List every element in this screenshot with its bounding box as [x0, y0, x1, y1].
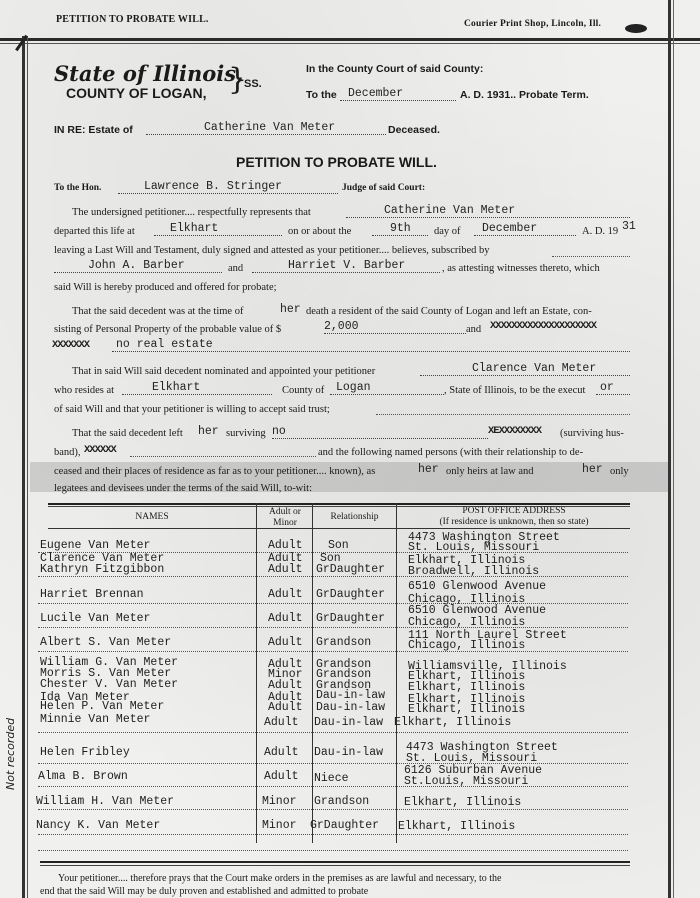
witness1-field: John A. Barber — [54, 259, 222, 273]
heirs-line-b: and the following named persons (with th… — [318, 447, 583, 458]
heir-name: Harriet Brennan — [40, 589, 144, 601]
struck-text: XXXXXXXXXXXXXXXXXXXX — [490, 320, 596, 332]
row-rule — [38, 834, 628, 835]
heir-name: Eugene Van Meter — [40, 540, 150, 552]
row-rule — [38, 576, 628, 577]
col-header-address: POST OFFICE ADDRESS — [398, 506, 630, 517]
top-rule-thin — [0, 43, 700, 44]
heir-name: Alma B. Brown — [38, 771, 128, 783]
heir-relationship: GrDaughter — [316, 564, 385, 576]
heir-relationship: Dau-in-law — [314, 717, 383, 729]
heir-name: Helen Fribley — [40, 747, 130, 759]
heirs-line-c: ceased and their places of residence as … — [54, 466, 375, 477]
probate-line: said Will is hereby produced and offered… — [54, 282, 277, 293]
heir-name: Helen P. Van Meter — [40, 701, 164, 713]
to-the-label: To the — [306, 89, 337, 101]
col-header-relationship: Relationship — [313, 512, 396, 523]
struck-text-3: XEXXXXXXXX — [488, 425, 541, 437]
surviving-line-a: That the said decedent left — [72, 428, 183, 439]
scanned-document-page: PETITION TO PROBATE WILL. Courier Print … — [0, 0, 700, 898]
row-rule — [38, 651, 628, 652]
term-year-label: A. D. 1931.. Probate Term. — [460, 89, 589, 101]
court-line: In the County Court of said County: — [306, 63, 483, 75]
death-place-field: Elkhart — [154, 222, 282, 236]
heir-status: Adult — [264, 747, 299, 759]
heir-status: Adult — [264, 771, 299, 783]
county-of-label: County of — [282, 385, 324, 396]
heir-name: Chester V. Van Meter — [40, 679, 178, 691]
heir-name: Minnie Van Meter — [40, 714, 150, 726]
heir-address-1: Elkhart, Illinois — [398, 821, 515, 833]
printer-credit: Courier Print Shop, Lincoln, Ill. — [464, 19, 601, 29]
top-rule — [0, 38, 700, 41]
heir-status: Adult — [268, 564, 303, 576]
heir-relationship: Dau-in-law — [316, 702, 385, 714]
state-line: , State of Illinois, to be the execut — [444, 385, 585, 396]
col-header-names: NAMES — [48, 512, 256, 523]
heir-relationship: Son — [328, 540, 349, 552]
on-about-label: on or about the — [288, 226, 351, 237]
decedent-name-field: Catherine Van Meter — [146, 121, 386, 135]
surviving-label: surviving — [226, 428, 266, 439]
resides-label: who resides at — [54, 385, 114, 396]
heir-address-1: Elkhart, Illinois — [394, 717, 511, 729]
heir-relationship: GrDaughter — [316, 613, 385, 625]
heirs-line-f: legatees and devisees under the terms of… — [54, 483, 312, 494]
heir-address-1: Elkhart, Illinois — [404, 797, 521, 809]
ss-label: SS. — [244, 78, 262, 90]
county-label: COUNTY OF LOGAN, — [66, 85, 207, 101]
heir-address-1: Elkhart, Illinois — [408, 704, 525, 716]
row-rule — [38, 732, 628, 733]
petitioner-intro: The undersigned petitioner.... respectfu… — [72, 207, 311, 218]
row-rule — [38, 786, 628, 787]
pronoun-field: her — [280, 303, 301, 316]
heir-name: Nancy K. Van Meter — [36, 820, 160, 832]
heir-name: Lucile Van Meter — [40, 613, 150, 625]
executor-city-field: Elkhart — [122, 381, 272, 395]
heir-relationship: Niece — [314, 773, 349, 785]
table-header-rule — [48, 528, 630, 529]
heir-relationship: GrDaughter — [316, 589, 385, 601]
judge-name-field: Lawrence B. Stringer — [118, 180, 338, 194]
heir-status: Adult — [268, 637, 303, 649]
heirs-line-e: only — [610, 466, 629, 477]
term-month-field: December — [340, 87, 456, 101]
printer-logo-icon — [625, 24, 647, 33]
witness2-field: Harriet V. Barber — [252, 259, 440, 273]
death-year-field: 31 — [622, 220, 636, 233]
surviving-pronoun: her — [198, 425, 219, 438]
band-label: band), — [54, 447, 81, 458]
table-col-divider — [396, 503, 397, 843]
personal-value-field: 2,000 — [324, 320, 466, 334]
struck-text-2: XXXXXXX — [52, 339, 89, 351]
heir-address-1: 6510 Glenwood Avenue — [408, 581, 546, 593]
heir-name: William H. Van Meter — [36, 796, 174, 808]
surviving-husband-label: (surviving hus- — [560, 428, 624, 439]
row-rule — [38, 627, 628, 628]
prayer-line-1: Your petitioner.... therefore prays that… — [58, 873, 501, 884]
col-header-address-note: (If residence is unknown, then so state) — [398, 517, 630, 528]
day-of-label: day of — [434, 226, 461, 237]
blank-line — [376, 414, 630, 415]
heir-status: Adult — [268, 702, 303, 714]
surviving-value-field: no — [272, 425, 488, 439]
real-estate-field: no real estate — [112, 338, 630, 352]
ad-year-label: A. D. 19 — [582, 226, 618, 237]
blank-line — [130, 456, 316, 457]
and-label: and — [228, 263, 243, 274]
table-col-divider — [312, 503, 313, 843]
nomination-line: That in said Will said decedent nominate… — [72, 366, 375, 377]
heir-status: Adult — [264, 717, 299, 729]
col-header-adult-minor: Adult or Minor — [258, 507, 312, 529]
heir-status: Minor — [262, 796, 297, 808]
residence-line-a: That the said decedent was at the time o… — [72, 306, 243, 317]
right-frame-rule-thin — [673, 0, 674, 898]
table-top-rule — [48, 503, 630, 505]
residence-line-c: sisting of Personal Property of the prob… — [54, 324, 281, 335]
deceased-label: Deceased. — [388, 124, 440, 136]
table-bottom-rule — [40, 861, 630, 863]
execut-suffix-field: or — [596, 381, 630, 395]
heir-name: Kathryn Fitzgibbon — [40, 564, 164, 576]
blank-line — [552, 256, 630, 257]
heir-status: Adult — [268, 589, 303, 601]
decedent-name-field-2: Catherine Van Meter — [346, 204, 630, 218]
heir-relationship: Grandson — [314, 796, 369, 808]
table-col-divider — [256, 503, 257, 843]
table-bottom-rule-2 — [40, 865, 630, 866]
executor-county-field: Logan — [330, 381, 444, 395]
to-hon-label: To the Hon. — [54, 183, 101, 193]
margin-handwritten-note: Not recorded — [2, 520, 18, 790]
death-month-field: December — [474, 222, 576, 236]
prayer-line-2: end that the said Will may be duly prove… — [40, 886, 368, 897]
heirs-pronoun-2: her — [582, 463, 603, 476]
and-label-2: and — [466, 324, 481, 335]
judge-label: Judge of said Court: — [342, 183, 425, 193]
state-label: State of Illinois, — [54, 61, 243, 86]
heir-status: Adult — [268, 613, 303, 625]
heirs-line-d: only heirs at law and — [446, 466, 533, 477]
row-rule-empty — [38, 850, 628, 851]
residence-line-b: death a resident of the said County of L… — [306, 306, 592, 317]
form-title: PETITION TO PROBATE WILL. — [56, 14, 209, 25]
witness-suffix: , as attesting witnesses thereto, which — [442, 263, 600, 274]
petition-title: PETITION TO PROBATE WILL. — [236, 154, 437, 170]
heir-relationship: Dau-in-law — [314, 747, 383, 759]
heir-status: Minor — [262, 820, 297, 832]
death-day-field: 9th — [372, 222, 428, 236]
heir-name: Albert S. Van Meter — [40, 637, 171, 649]
left-frame-rule — [22, 36, 25, 898]
trust-line: of said Will and that your petitioner is… — [54, 404, 330, 415]
heirs-pronoun-1: her — [418, 463, 439, 476]
struck-text-4: XXXXXX — [84, 444, 116, 456]
heir-status: Adult — [268, 540, 303, 552]
will-line: leaving a Last Will and Testament, duly … — [54, 245, 490, 256]
row-rule — [38, 809, 628, 810]
heir-relationship: Grandson — [316, 637, 371, 649]
margin-note-text: Not recorded — [4, 520, 17, 790]
heir-relationship: GrDaughter — [310, 820, 379, 832]
left-frame-rule-thin — [27, 36, 28, 898]
departed-label: departed this life at — [54, 226, 135, 237]
in-re-label: IN RE: Estate of — [54, 124, 133, 136]
right-frame-rule — [668, 0, 671, 898]
executor-name-field: Clarence Van Meter — [420, 362, 630, 376]
